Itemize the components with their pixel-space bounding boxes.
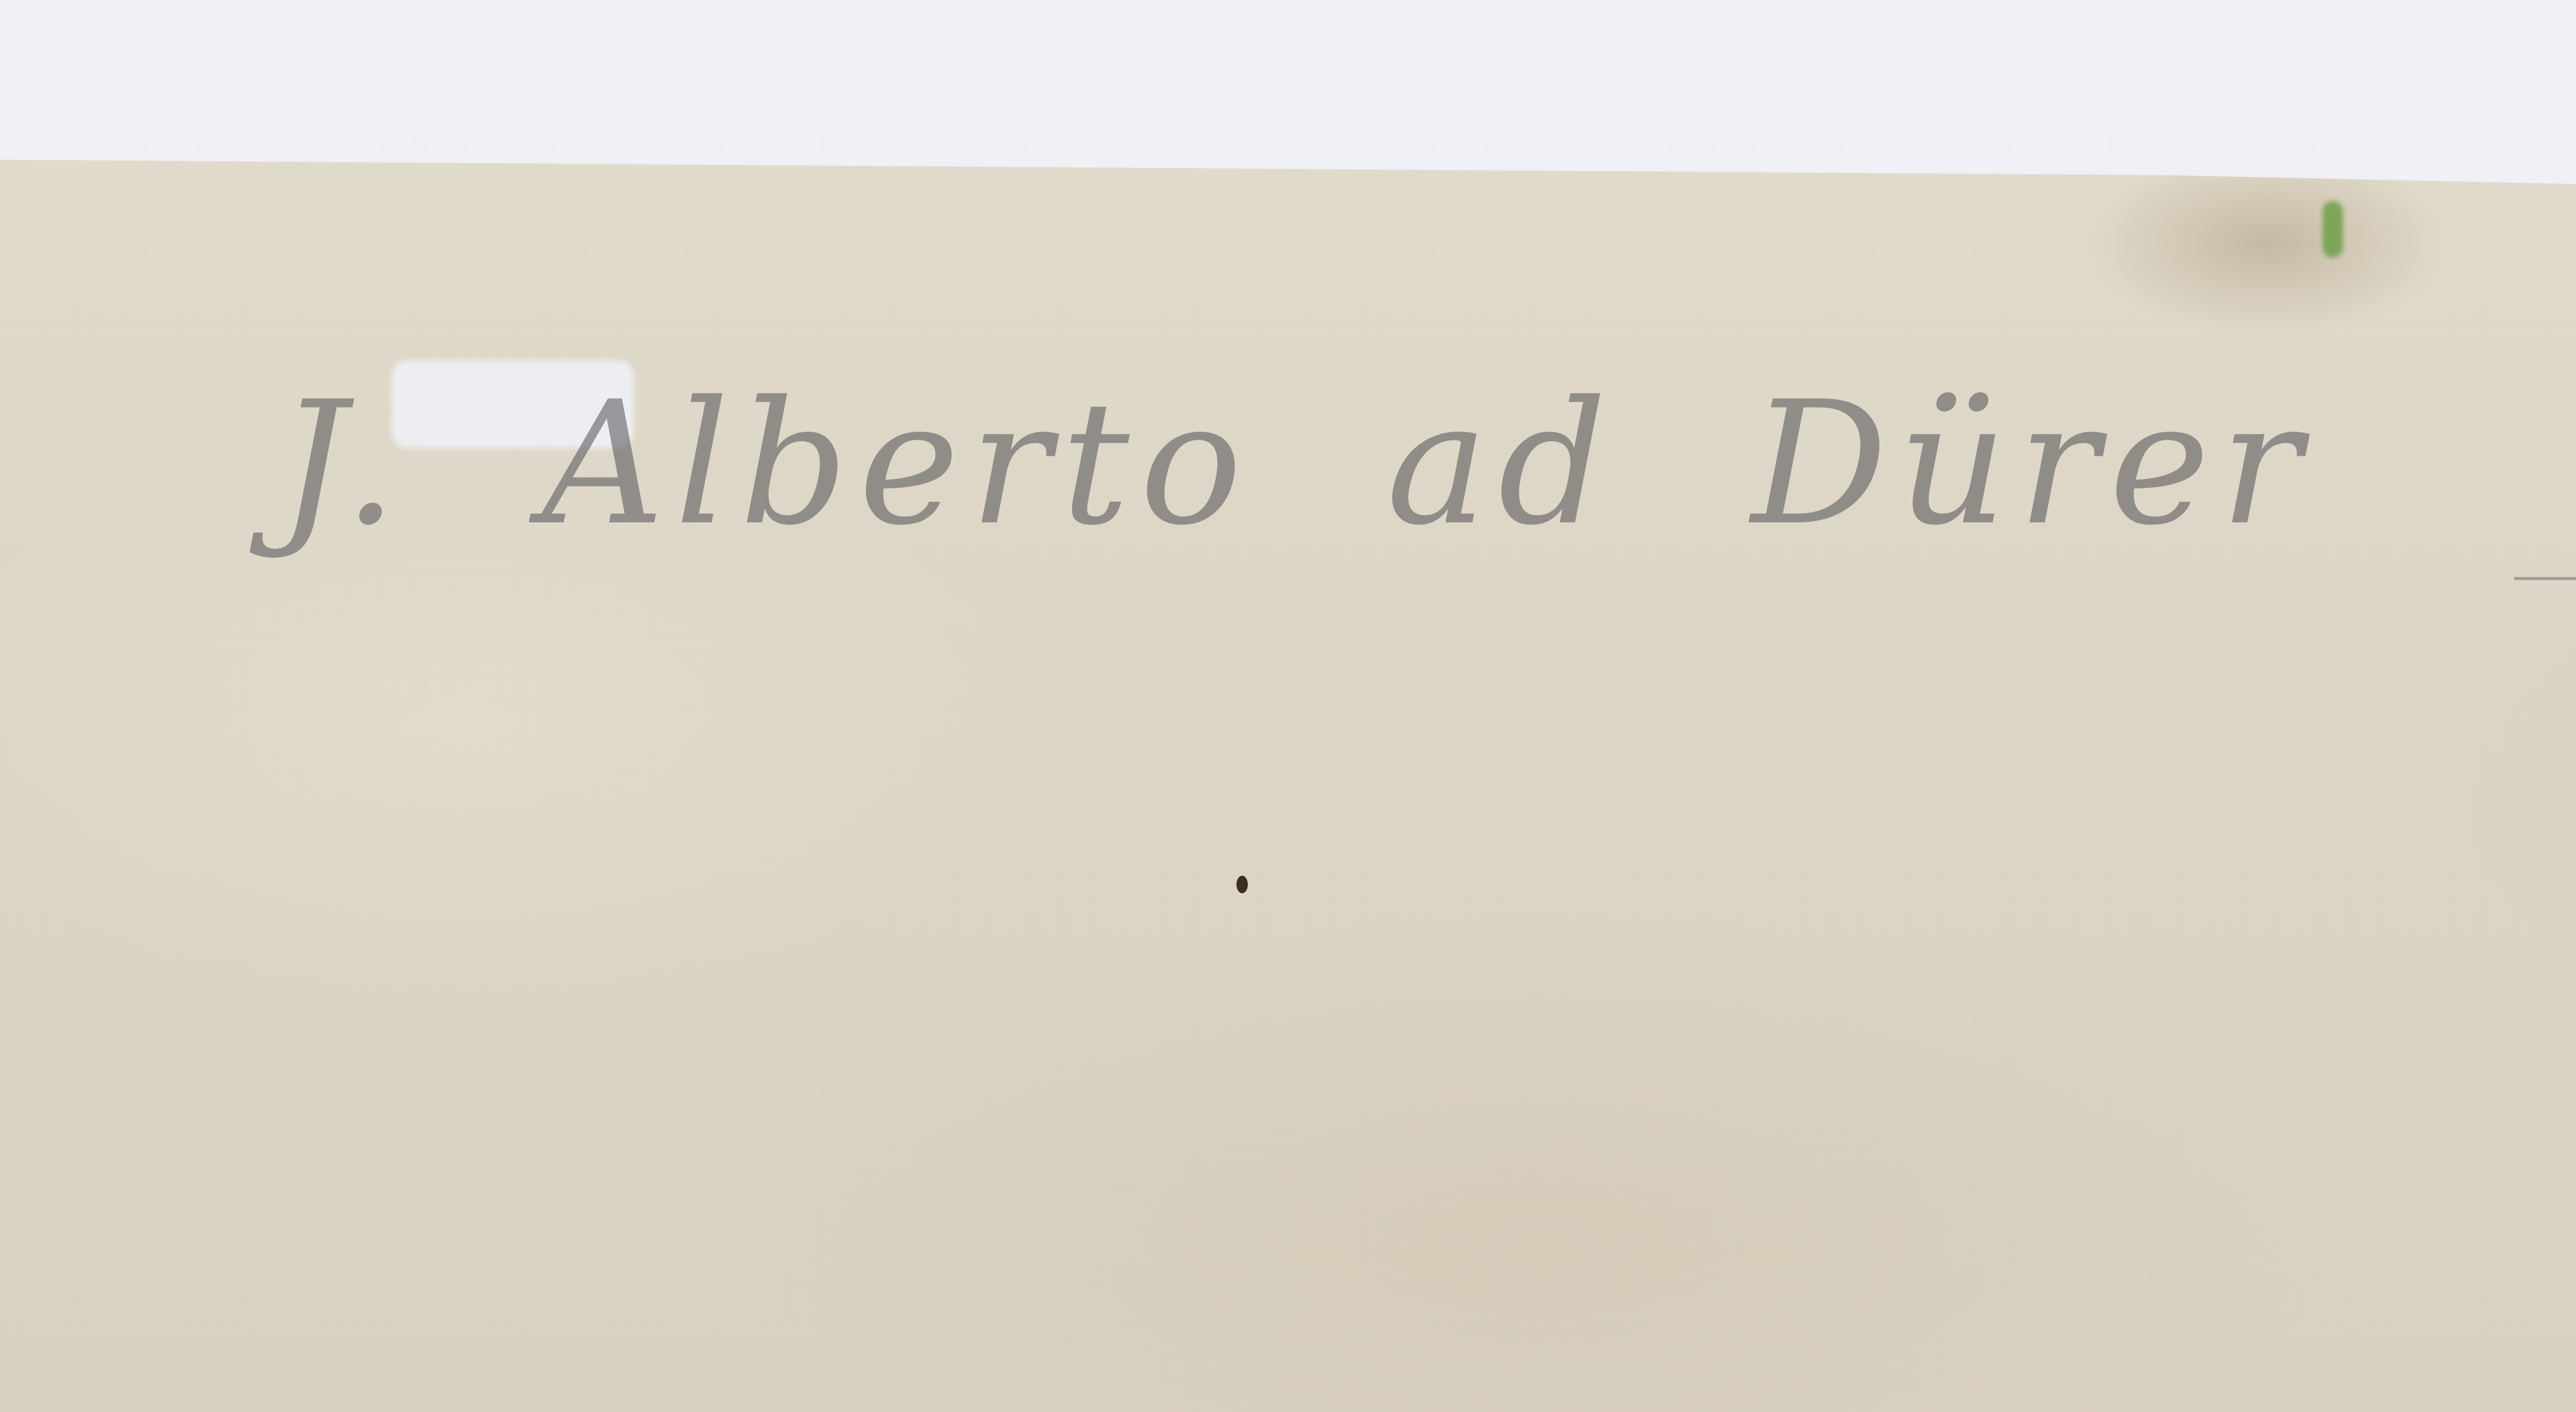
pencil-inscription: J. Alberto ad Dürer [278,330,2576,598]
aged-paper-sheet [0,0,2576,1412]
inscription-word: J. [278,365,408,563]
inscription-word: Dürer [1751,365,2312,563]
ink-speck [1236,876,1248,893]
inscription-flourish [2514,577,2576,580]
inscription-word: ad [1386,365,1617,563]
green-stain [2323,201,2343,258]
inscription-word: Alberto [542,365,1252,563]
